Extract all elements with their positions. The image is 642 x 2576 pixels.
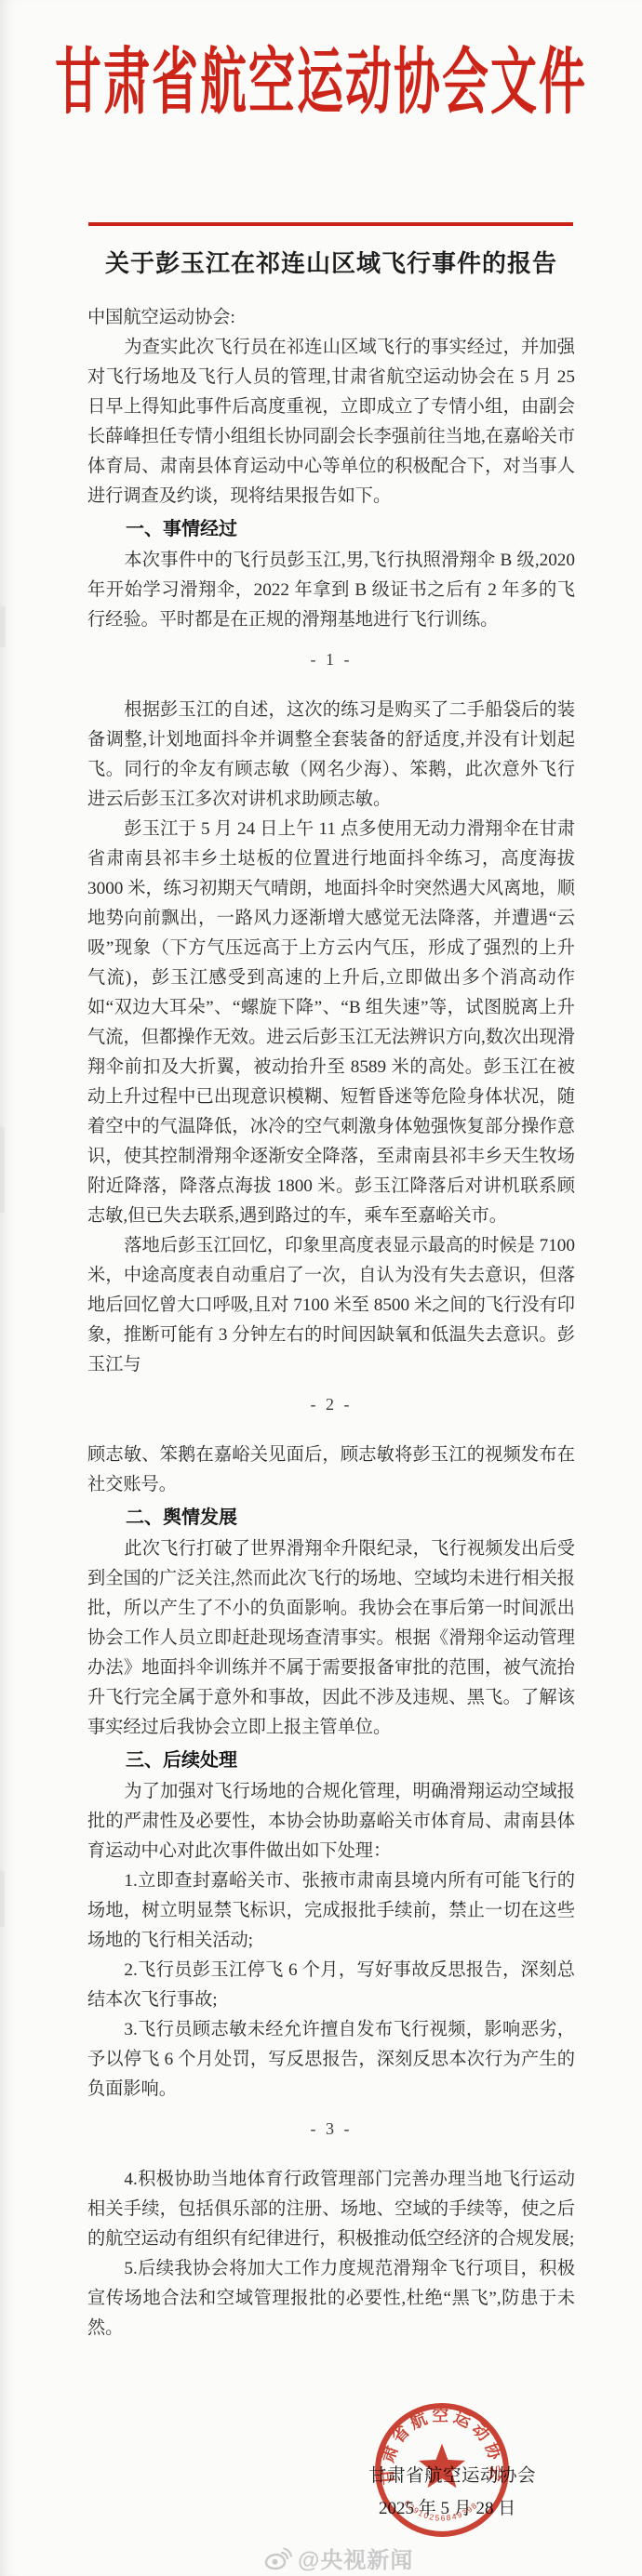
document-body: 中国航空运动协会:为查实此次飞行员在祁连山区域飞行的事实经过，并加强对飞行场地及…	[87, 303, 575, 2344]
paragraph: 本次事件中的飞行员彭玉江,男,飞行执照滑翔伞 B 级,2020 年开始学习滑翔伞…	[87, 546, 575, 635]
seal-star-icon	[419, 2444, 465, 2489]
paragraph: 1.立即查封嘉峪关市、张掖市肃南县境内所有可能飞行的场地，树立明显禁飞标识，完成…	[87, 1866, 575, 1956]
paragraph: 4.积极协助当地体育行政管理部门完善办理当地飞行运动相关手续，包括俱乐部的注册、…	[87, 2165, 575, 2254]
salutation: 中国航空运动协会:	[87, 303, 575, 333]
paragraph: 顾志敏、笨鹅在嘉峪关见面后，顾志敏将彭玉江的视频发布在社交账号。	[87, 1441, 575, 1500]
news-watermark: @央视新闻	[264, 2542, 413, 2574]
paragraph: 根据彭玉江的自述，这次的练习是购买了二手船袋后的装备调整,计划地面抖伞并调整全套…	[87, 696, 575, 815]
document-page: 甘肃省航空运动协会文件 关于彭玉江在祁连山区域飞行事件的报告 中国航空运动协会:…	[0, 0, 642, 2576]
paragraph: 为了加强对飞行场地的合规化管理，明确滑翔运动空域报批的严肃性及必要性，本协会协助…	[87, 1777, 575, 1866]
page-number: - 1 -	[87, 644, 575, 674]
official-seal: 甘肃省航空运动协会 62910256849398	[371, 2399, 513, 2541]
page-number: - 3 -	[87, 2114, 575, 2144]
document-content: 关于彭玉江在祁连山区域飞行事件的报告 中国航空运动协会:为查实此次飞行员在祁连山…	[0, 0, 642, 2344]
paragraph: 彭玉江于 5 月 24 日上午 11 点多使用无动力滑翔伞在甘肃省肃南县祁丰乡土…	[87, 815, 575, 1231]
paragraph: 落地后彭玉江回忆，印象里高度表显示最高的时候是 7100 米，中途高度表自动重启…	[87, 1231, 575, 1380]
watermark-handle: @央视新闻	[298, 2542, 413, 2574]
section-heading: 二、舆情发展	[87, 1503, 575, 1533]
paragraph: 为查实此次飞行员在祁连山区域飞行的事实经过，并加强对飞行场地及飞行人员的管理,甘…	[87, 333, 575, 511]
section-heading: 一、事情经过	[87, 514, 575, 544]
section-heading: 三、后续处理	[87, 1746, 575, 1775]
paragraph: 2.飞行员彭玉江停飞 6 个月，写好事故反思报告，深刻总结本次飞行事故;	[87, 1956, 575, 2015]
document-title: 关于彭玉江在祁连山区域飞行事件的报告	[87, 247, 575, 281]
paragraph: 3.飞行员顾志敏未经允许擅自发布飞行视频，影响恶劣，予以停飞 6 个月处罚，写反…	[87, 2015, 575, 2105]
paragraph: 5.后续我协会将加大工作力度规范滑翔伞飞行项目，积极宣传场地合法和空域管理报批的…	[87, 2254, 575, 2344]
page-number: - 2 -	[87, 1389, 575, 1419]
svg-text:62910256849398: 62910256849398	[402, 2499, 479, 2523]
signature-block: 甘肃省航空运动协会 2025 年 5 月 28 日 甘肃省航空运动协会 6291…	[0, 2399, 642, 2557]
weibo-icon	[264, 2546, 292, 2570]
paragraph: 此次飞行打破了世界滑翔伞升限纪录，飞行视频发出后受到全国的广泛关注,然而此次飞行…	[87, 1534, 575, 1743]
seal-number: 62910256849398	[402, 2499, 479, 2523]
